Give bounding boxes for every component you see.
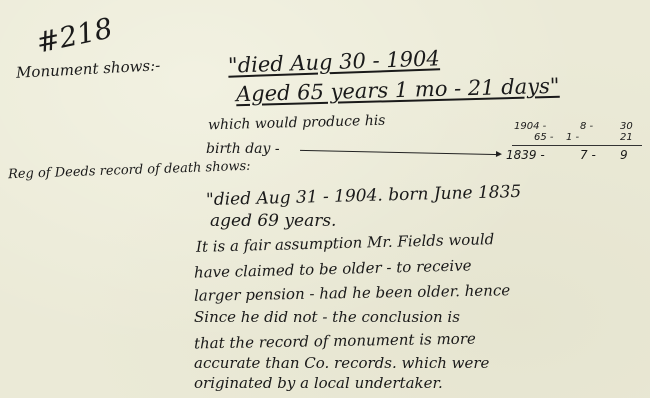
calc-row2-month: 1 - xyxy=(566,132,579,143)
calc-row2-year: 65 - xyxy=(534,132,554,143)
calc-result-month: 7 - xyxy=(580,148,596,162)
calc-result-day: 9 xyxy=(620,148,628,162)
computation-text-line-2: birth day - xyxy=(206,142,280,156)
calc-row1-year: 1904 - xyxy=(514,121,546,132)
calc-row2-day: 21 xyxy=(620,132,633,143)
register-quote-line-2: aged 69 years. xyxy=(210,213,336,230)
conclusion-line-4: Since he did not - the conclusion is xyxy=(194,310,460,325)
calc-result-year: 1839 - xyxy=(506,148,545,162)
calc-sum-line xyxy=(512,145,642,146)
calc-row1-month: 8 - xyxy=(580,121,593,132)
conclusion-line-6: accurate than Co. records. which were xyxy=(194,356,489,371)
conclusion-line-7: originated by a local undertaker. xyxy=(194,376,443,391)
calc-row1-day: 30 xyxy=(620,121,633,132)
